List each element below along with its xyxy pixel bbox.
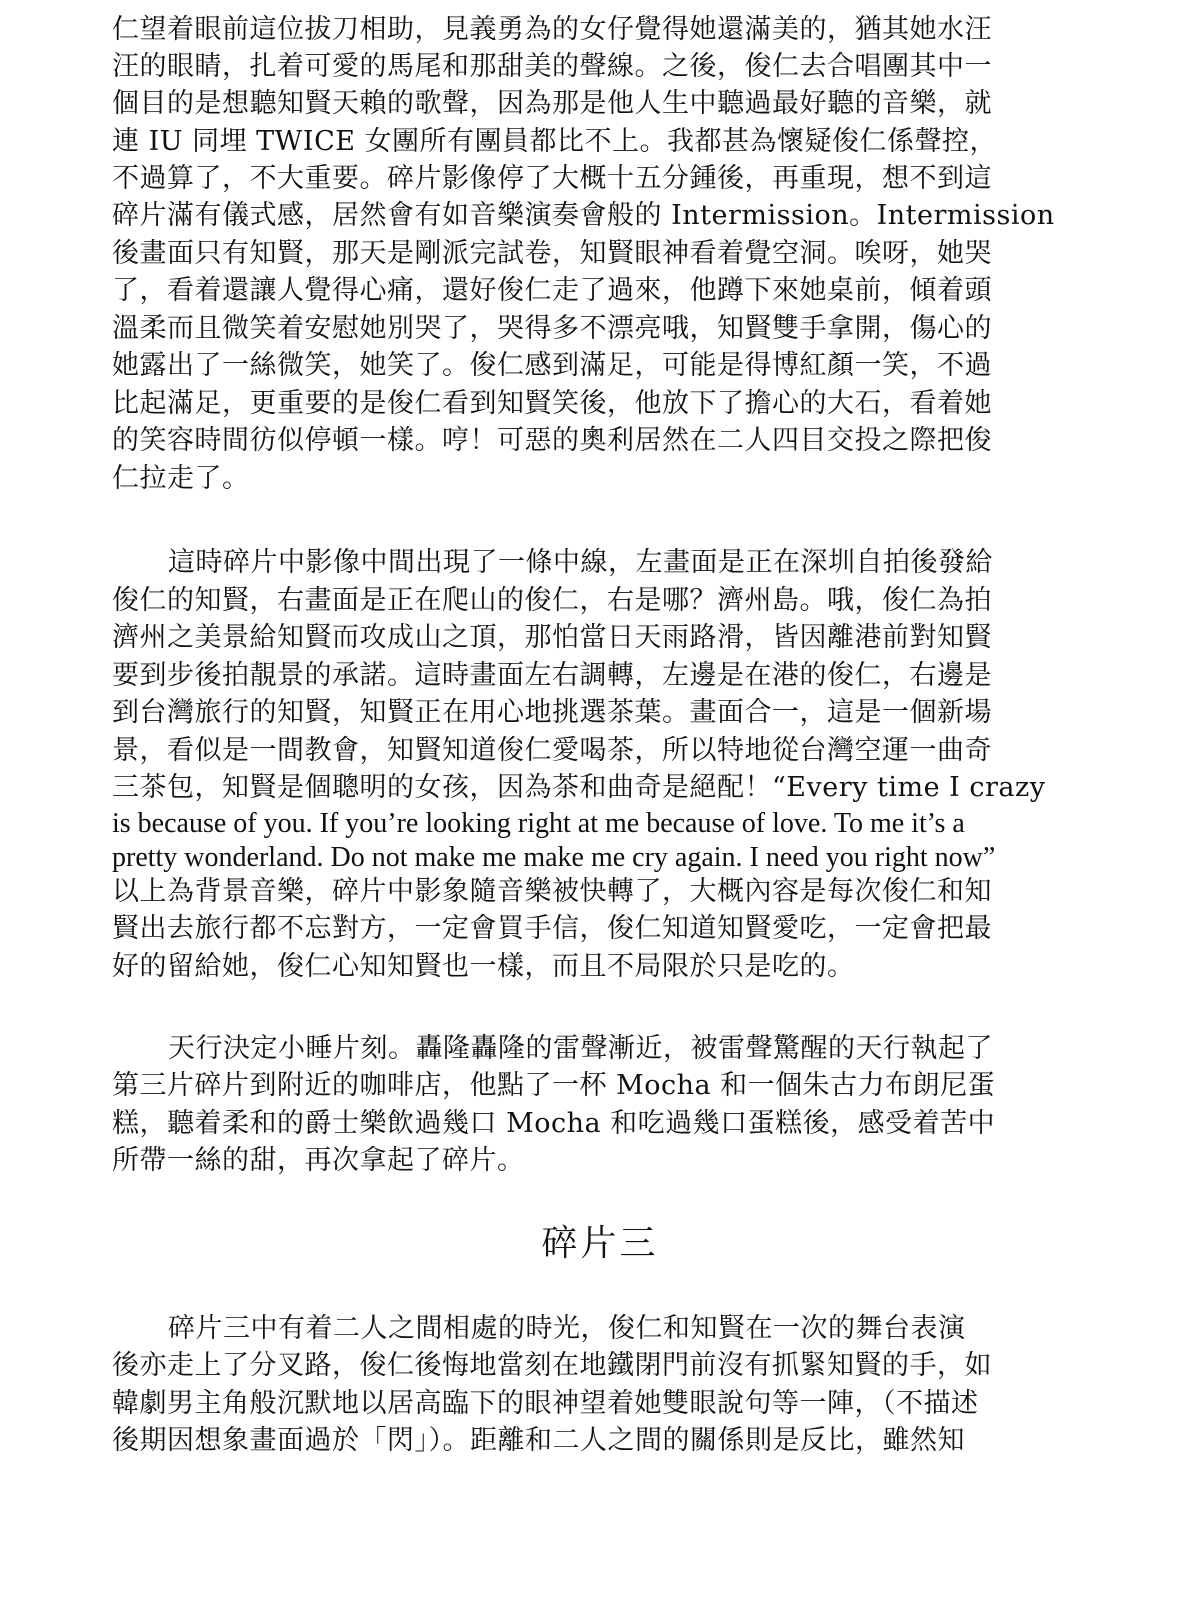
- text-line: 到台灣旅行的知賢，知賢正在用心地挑選茶葉。畫面合一，這是一個新場: [112, 695, 1052, 731]
- text-line: 糕，聽着柔和的爵士樂飲過幾口 Mocha 和吃過幾口蛋糕後，感受着苦中: [112, 1106, 1052, 1142]
- text-line: 不過算了，不大重要。碎片影像停了大概十五分鍾後，再重現，想不到這: [112, 161, 1052, 197]
- text-line: 要到步後拍靚景的承諾。這時畫面左右調轉，左邊是在港的俊仁，右邊是: [112, 658, 1052, 694]
- text-line: is because of you. If you’re looking rig…: [112, 806, 1052, 842]
- text-line: 仁拉走了。: [112, 461, 1052, 497]
- section-heading: 碎片三: [0, 1222, 1200, 1266]
- text-line: 以上為背景音樂，碎片中影象隨音樂被快轉了，大概內容是每次俊仁和知: [112, 874, 1052, 910]
- text-line: 連 IU 同埋 TWICE 女團所有團員都比不上。我都甚為懷疑俊仁係聲控，: [112, 124, 1052, 160]
- text-line: 賢出去旅行都不忘對方，一定會買手信，俊仁知道知賢愛吃，一定會把最: [112, 911, 1052, 947]
- text-line: 的笑容時間彷似停頓一樣。哼！可惡的奧利居然在二人四目交投之際把俊: [112, 423, 1052, 459]
- text-line: 了，看着還讓人覺得心痛，還好俊仁走了過來，他蹲下來她桌前，傾着頭: [112, 273, 1052, 309]
- text-line: 碎片滿有儀式感，居然會有如音樂演奏會般的 Intermission。Interm…: [112, 198, 1052, 234]
- text-line: 後亦走上了分叉路，俊仁後悔地當刻在地鐵閉門前沒有抓緊知賢的手，如: [112, 1348, 1052, 1384]
- text-line: 後畫面只有知賢，那天是剛派完試卷，知賢眼神看着覺空洞。唉呀，她哭: [112, 236, 1052, 272]
- text-line: 天行決定小睡片刻。轟隆轟隆的雷聲漸近，被雷聲驚醒的天行執起了: [168, 1031, 1108, 1067]
- text-line: 好的留給她，俊仁心知知賢也一樣，而且不局限於只是吃的。: [112, 949, 1052, 985]
- text-line: 她露出了一絲微笑，她笑了。俊仁感到滿足，可能是得博紅顏一笑，不過: [112, 348, 1052, 384]
- text-line: 三茶包，知賢是個聰明的女孩，因為茶和曲奇是絕配！“Every time I cr…: [112, 770, 1052, 806]
- text-line: 景，看似是一間教會，知賢知道俊仁愛喝茶，所以特地從台灣空運一曲奇: [112, 733, 1052, 769]
- text-line: 這時碎片中影像中間出現了一條中線，左畫面是正在深圳自拍後發給: [168, 545, 1108, 581]
- text-line: 濟州之美景給知賢而攻成山之頂，那怕當日天雨路滑，皆因離港前對知賢: [112, 620, 1052, 656]
- document-page: 仁望着眼前這位拔刀相助，見義勇為的女仔覺得她還滿美的，猶其她水汪 汪的眼睛，扎着…: [0, 0, 1200, 1603]
- text-line: 第三片碎片到附近的咖啡店，他點了一杯 Mocha 和一個朱古力布朗尼蛋: [112, 1068, 1052, 1104]
- text-line: 仁望着眼前這位拔刀相助，見義勇為的女仔覺得她還滿美的，猶其她水汪: [112, 12, 1052, 48]
- text-line: 俊仁的知賢，右畫面是正在爬山的俊仁，右是哪？濟州島。哦，俊仁為拍: [112, 583, 1052, 619]
- text-line: 個目的是想聽知賢天賴的歌聲，因為那是他人生中聽過最好聽的音樂，就: [112, 86, 1052, 122]
- text-line: 比起滿足，更重要的是俊仁看到知賢笑後，他放下了擔心的大石，看着她: [112, 386, 1052, 422]
- text-line: 後期因想象畫面過於「閃」）。距離和二人之間的關係則是反比，雖然知: [112, 1423, 1052, 1459]
- text-line: 汪的眼睛，扎着可愛的馬尾和那甜美的聲線。之後，俊仁去合唱團其中一: [112, 49, 1052, 85]
- text-line: 碎片三中有着二人之間相處的時光，俊仁和知賢在一次的舞台表演: [168, 1311, 1108, 1347]
- text-line: pretty wonderland. Do not make me make m…: [112, 840, 1052, 876]
- text-line: 溫柔而且微笑着安慰她別哭了，哭得多不漂亮哦，知賢雙手拿開，傷心的: [112, 311, 1052, 347]
- text-line: 所帶一絲的甜，再次拿起了碎片。: [112, 1143, 1052, 1179]
- text-line: 韓劇男主角般沉默地以居高臨下的眼神望着她雙眼說句等一陣，（不描述: [112, 1386, 1052, 1422]
